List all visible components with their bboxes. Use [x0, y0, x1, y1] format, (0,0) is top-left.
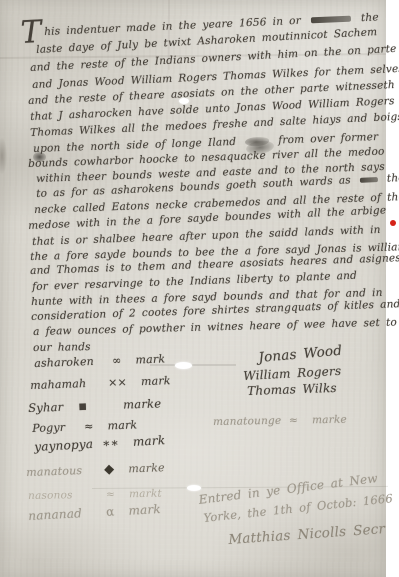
mark-word: mark: [107, 419, 137, 431]
signature-mark: ≈: [84, 421, 94, 432]
paper-hole: [175, 362, 192, 369]
mark-word: marke: [312, 415, 347, 426]
struck-word-scribble: [311, 16, 351, 24]
native-mark-row: nasonos ≈ markt: [28, 489, 162, 502]
signer-name: nasonos: [28, 490, 100, 502]
manuscript-line: our hands: [33, 342, 91, 354]
signer-name: Syhar: [28, 401, 72, 414]
mark-word: mark: [128, 503, 161, 517]
signature-mark: ▪: [78, 400, 87, 413]
mark-word: mark: [133, 434, 166, 448]
signature-mark: α: [106, 505, 115, 517]
mark-word: markt: [129, 489, 162, 500]
signer-name: manatounge: [213, 416, 283, 428]
native-mark-row: manatounge ≈ marke: [213, 415, 347, 428]
line-text: the: [387, 172, 399, 185]
signer-name: manatous: [26, 464, 98, 478]
signature-mark: ∞: [112, 355, 122, 366]
signature-mark: ◆: [104, 463, 115, 476]
native-mark-row: Pogyr ≈ mark: [32, 419, 137, 434]
signature-thomas-wilks: Thomas Wilks: [247, 382, 337, 397]
red-dot-marker[interactable]: [390, 220, 396, 226]
signature-mark: ≈: [106, 489, 115, 500]
mark-word: marke: [128, 462, 165, 474]
ink-blot: [245, 136, 269, 146]
mark-word: mark: [135, 353, 165, 365]
signer-name: yaynopya: [34, 438, 97, 453]
paper-hole: [187, 485, 201, 491]
struck-word-scribble: [360, 177, 378, 183]
signature-mark: ××: [108, 377, 127, 389]
mark-word: mark: [141, 375, 171, 387]
signature-mark: ≈: [289, 416, 298, 427]
signature-mark: ∗∗: [102, 437, 119, 450]
signer-name: Pogyr: [32, 421, 78, 434]
mark-word: marke: [123, 398, 161, 411]
line-text: the: [361, 11, 379, 24]
scanned-document-page: T his indentuer made in the yeare 1656 i…: [0, 0, 399, 577]
